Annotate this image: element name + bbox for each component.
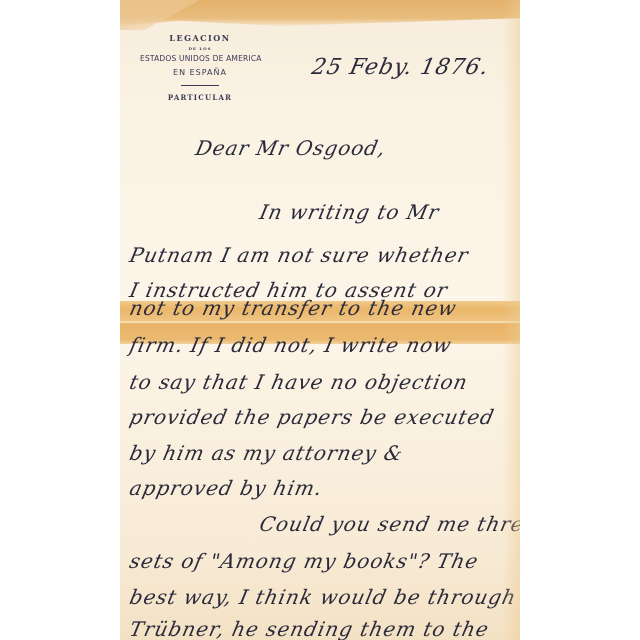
letter-line: approved by him. (127, 476, 325, 500)
letter-line: best way, I think would be through (127, 585, 517, 609)
letter-line: to say that I have no objection (127, 370, 517, 394)
letter-line: by him as my attorney & (127, 441, 517, 465)
letterhead-en-espana: EN ESPAÑA (140, 68, 260, 77)
letter-line: sets of "Among my books"? The (127, 549, 517, 573)
letterhead: LEGACION DE LOS ESTADOS UNIDOS DE AMERIC… (140, 33, 260, 102)
letterhead-estados-unidos: ESTADOS UNIDOS DE AMERICA (140, 54, 260, 63)
letterhead-de-los: DE LOS (140, 46, 260, 51)
letterhead-particular: PARTICULAR (140, 93, 260, 102)
letterhead-rule (181, 85, 219, 86)
letter-page: LEGACION DE LOS ESTADOS UNIDOS DE AMERIC… (120, 0, 520, 640)
letter-line: In writing to Mr (257, 200, 517, 224)
letter-salutation: Dear Mr Osgood, (193, 136, 388, 160)
letter-line: Could you send me three (257, 512, 517, 536)
letterhead-legacion: LEGACION (140, 33, 260, 43)
letter-line: Trübner, he sending them to the (127, 617, 517, 640)
letter-line: firm. If I did not, I write now (127, 333, 517, 357)
letter-date: 25 Feby. 1876. (309, 55, 491, 80)
tape-fold (120, 321, 520, 323)
letter-line: Putnam I am not sure whether (127, 243, 517, 267)
letter-line: provided the papers be executed (127, 405, 517, 429)
letter-line: not to my transfer to the new (127, 296, 517, 320)
